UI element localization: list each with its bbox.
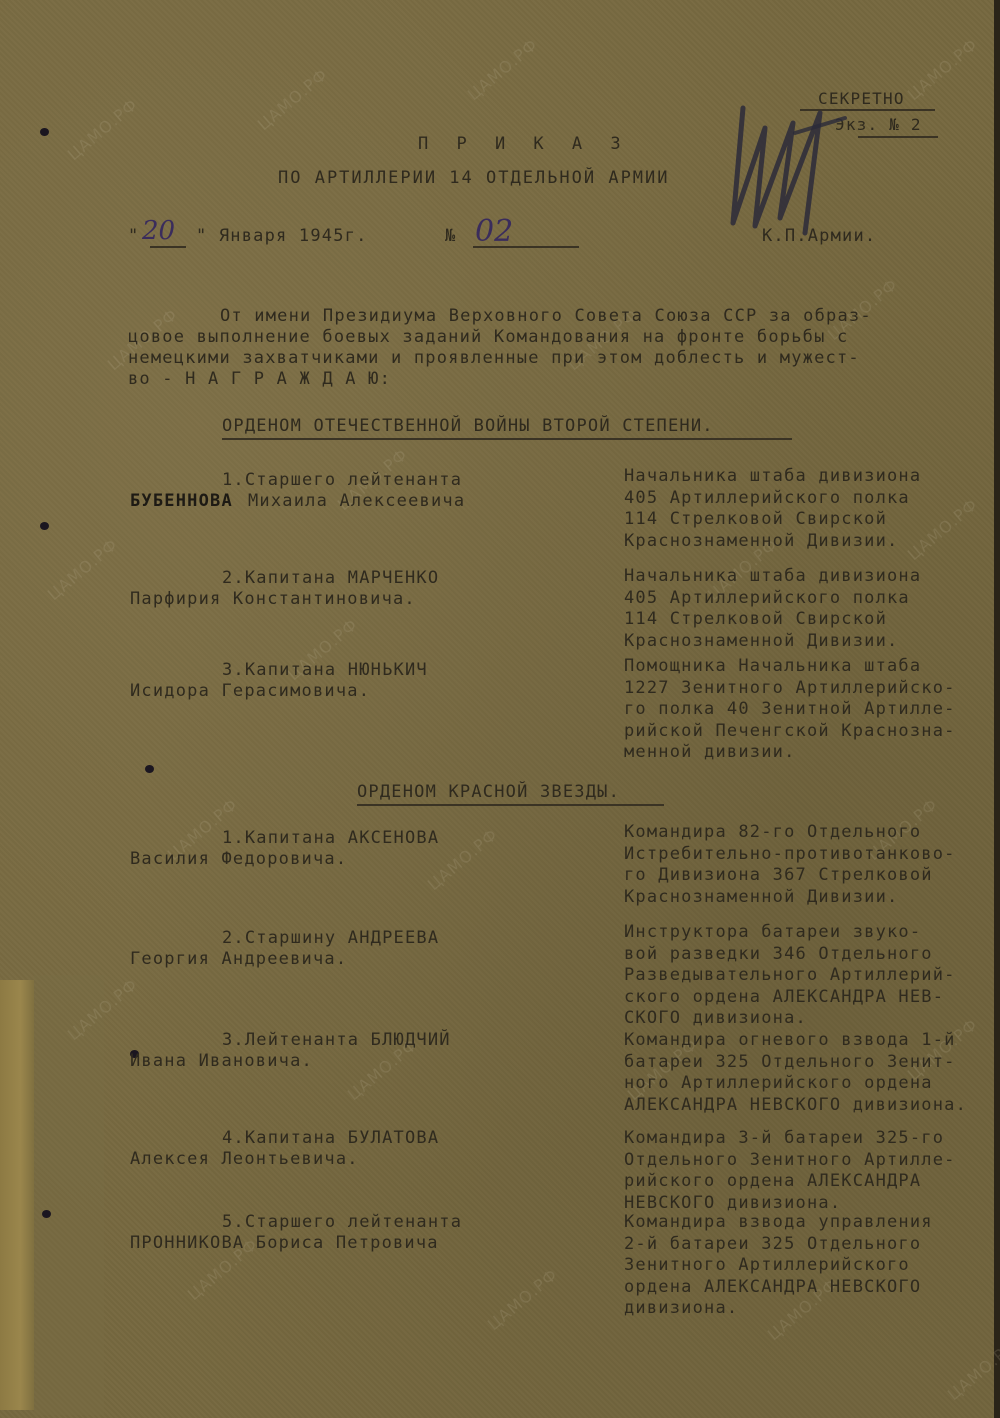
awardee-position: Командира 82-го Отдельного Истребительно… (624, 822, 956, 908)
awardee-surname: БУБЕННОВА (130, 491, 233, 512)
order-number: 02 (475, 214, 513, 249)
date-underline (150, 246, 186, 248)
date-day: 20 (142, 216, 175, 246)
page-edge (994, 0, 1000, 1418)
awardee-rank: 5.Старшего лейтенанта (222, 1212, 462, 1233)
awardee-rank: 3.Капитана НЮНЬКИЧ (222, 660, 428, 681)
awardee-rank: 1.Старшего лейтенанта (222, 470, 462, 491)
binding-hole (40, 128, 49, 136)
awardee-position: Помощника Начальника штаба 1227 Зенитног… (624, 656, 956, 764)
awardee-position: Начальника штаба дивизиона 405 Артиллери… (624, 566, 921, 652)
awardee-rank: 4.Капитана БУЛАТОВА (222, 1128, 439, 1149)
heading-underline (357, 804, 664, 806)
awardee-name: Алексея Леонтьевича. (130, 1149, 359, 1170)
awardee-position: Начальника штаба дивизиона 405 Артиллери… (624, 466, 921, 552)
awardee-name: Михаила Алексеевича (248, 491, 465, 512)
awardee-rank: 2.Старшину АНДРЕЕВА (222, 928, 439, 949)
binding-hole (145, 765, 154, 773)
binding-hole (42, 1210, 51, 1218)
awardee-rank: 2.Капитана МАРЧЕНКО (222, 568, 439, 589)
awardee-position: Командира 3-й батареи 325-го Отдельного … (624, 1128, 956, 1214)
preamble-line: немецкими захватчиками и проявленные при… (128, 348, 860, 370)
date-open-quote: " (128, 226, 139, 247)
awardee-name: Георгия Андреевича. (130, 949, 347, 970)
awardee-name: Исидора Герасимовича. (130, 681, 370, 702)
preamble-line: От имени Президиума Верховного Совета Со… (220, 306, 872, 328)
awardee-position: Командира огневого взвода 1-й батареи 32… (624, 1030, 967, 1116)
signature (725, 98, 885, 238)
preamble-line: цовое выполнение боевых заданий Командов… (128, 327, 848, 349)
document-subtitle: ПО АРТИЛЛЕРИИ 14 ОТДЕЛЬНОЙ АРМИИ (278, 168, 670, 189)
place-label: К.П.Армии. (762, 226, 876, 247)
binding-strip (0, 980, 34, 1410)
heading-underline (222, 438, 792, 440)
date-text: " Января 1945г. (196, 226, 368, 247)
awardee-name: Парфирия Константиновича. (130, 589, 416, 610)
number-underline (473, 246, 579, 248)
award-section-heading: ОРДЕНОМ КРАСНОЙ ЗВЕЗДЫ. (357, 782, 620, 803)
order-number-label: № (445, 226, 456, 247)
paper-fold-shadow (34, 975, 104, 1415)
awardee-position: Командира взвода управления 2-й батареи … (624, 1212, 933, 1320)
awardee-rank: 1.Капитана АКСЕНОВА (222, 828, 439, 849)
awardee-rank: 3.Лейтенанта БЛЮДЧИЙ (222, 1030, 451, 1051)
document-title: П Р И К А З (418, 134, 630, 155)
awardee-position: Инструктора батареи звуко- вой разведки … (624, 922, 956, 1030)
preamble-line: во - Н А Г Р А Ж Д А Ю: (128, 369, 391, 391)
award-section-heading: ОРДЕНОМ ОТЕЧЕСТВЕННОЙ ВОЙНЫ ВТОРОЙ СТЕПЕ… (222, 416, 714, 437)
binding-hole (40, 522, 49, 530)
awardee-name: Ивана Ивановича. (130, 1051, 313, 1072)
awardee-name: ПРОННИКОВА Бориса Петровича (130, 1233, 439, 1254)
awardee-name: Василия Федоровича. (130, 849, 347, 870)
